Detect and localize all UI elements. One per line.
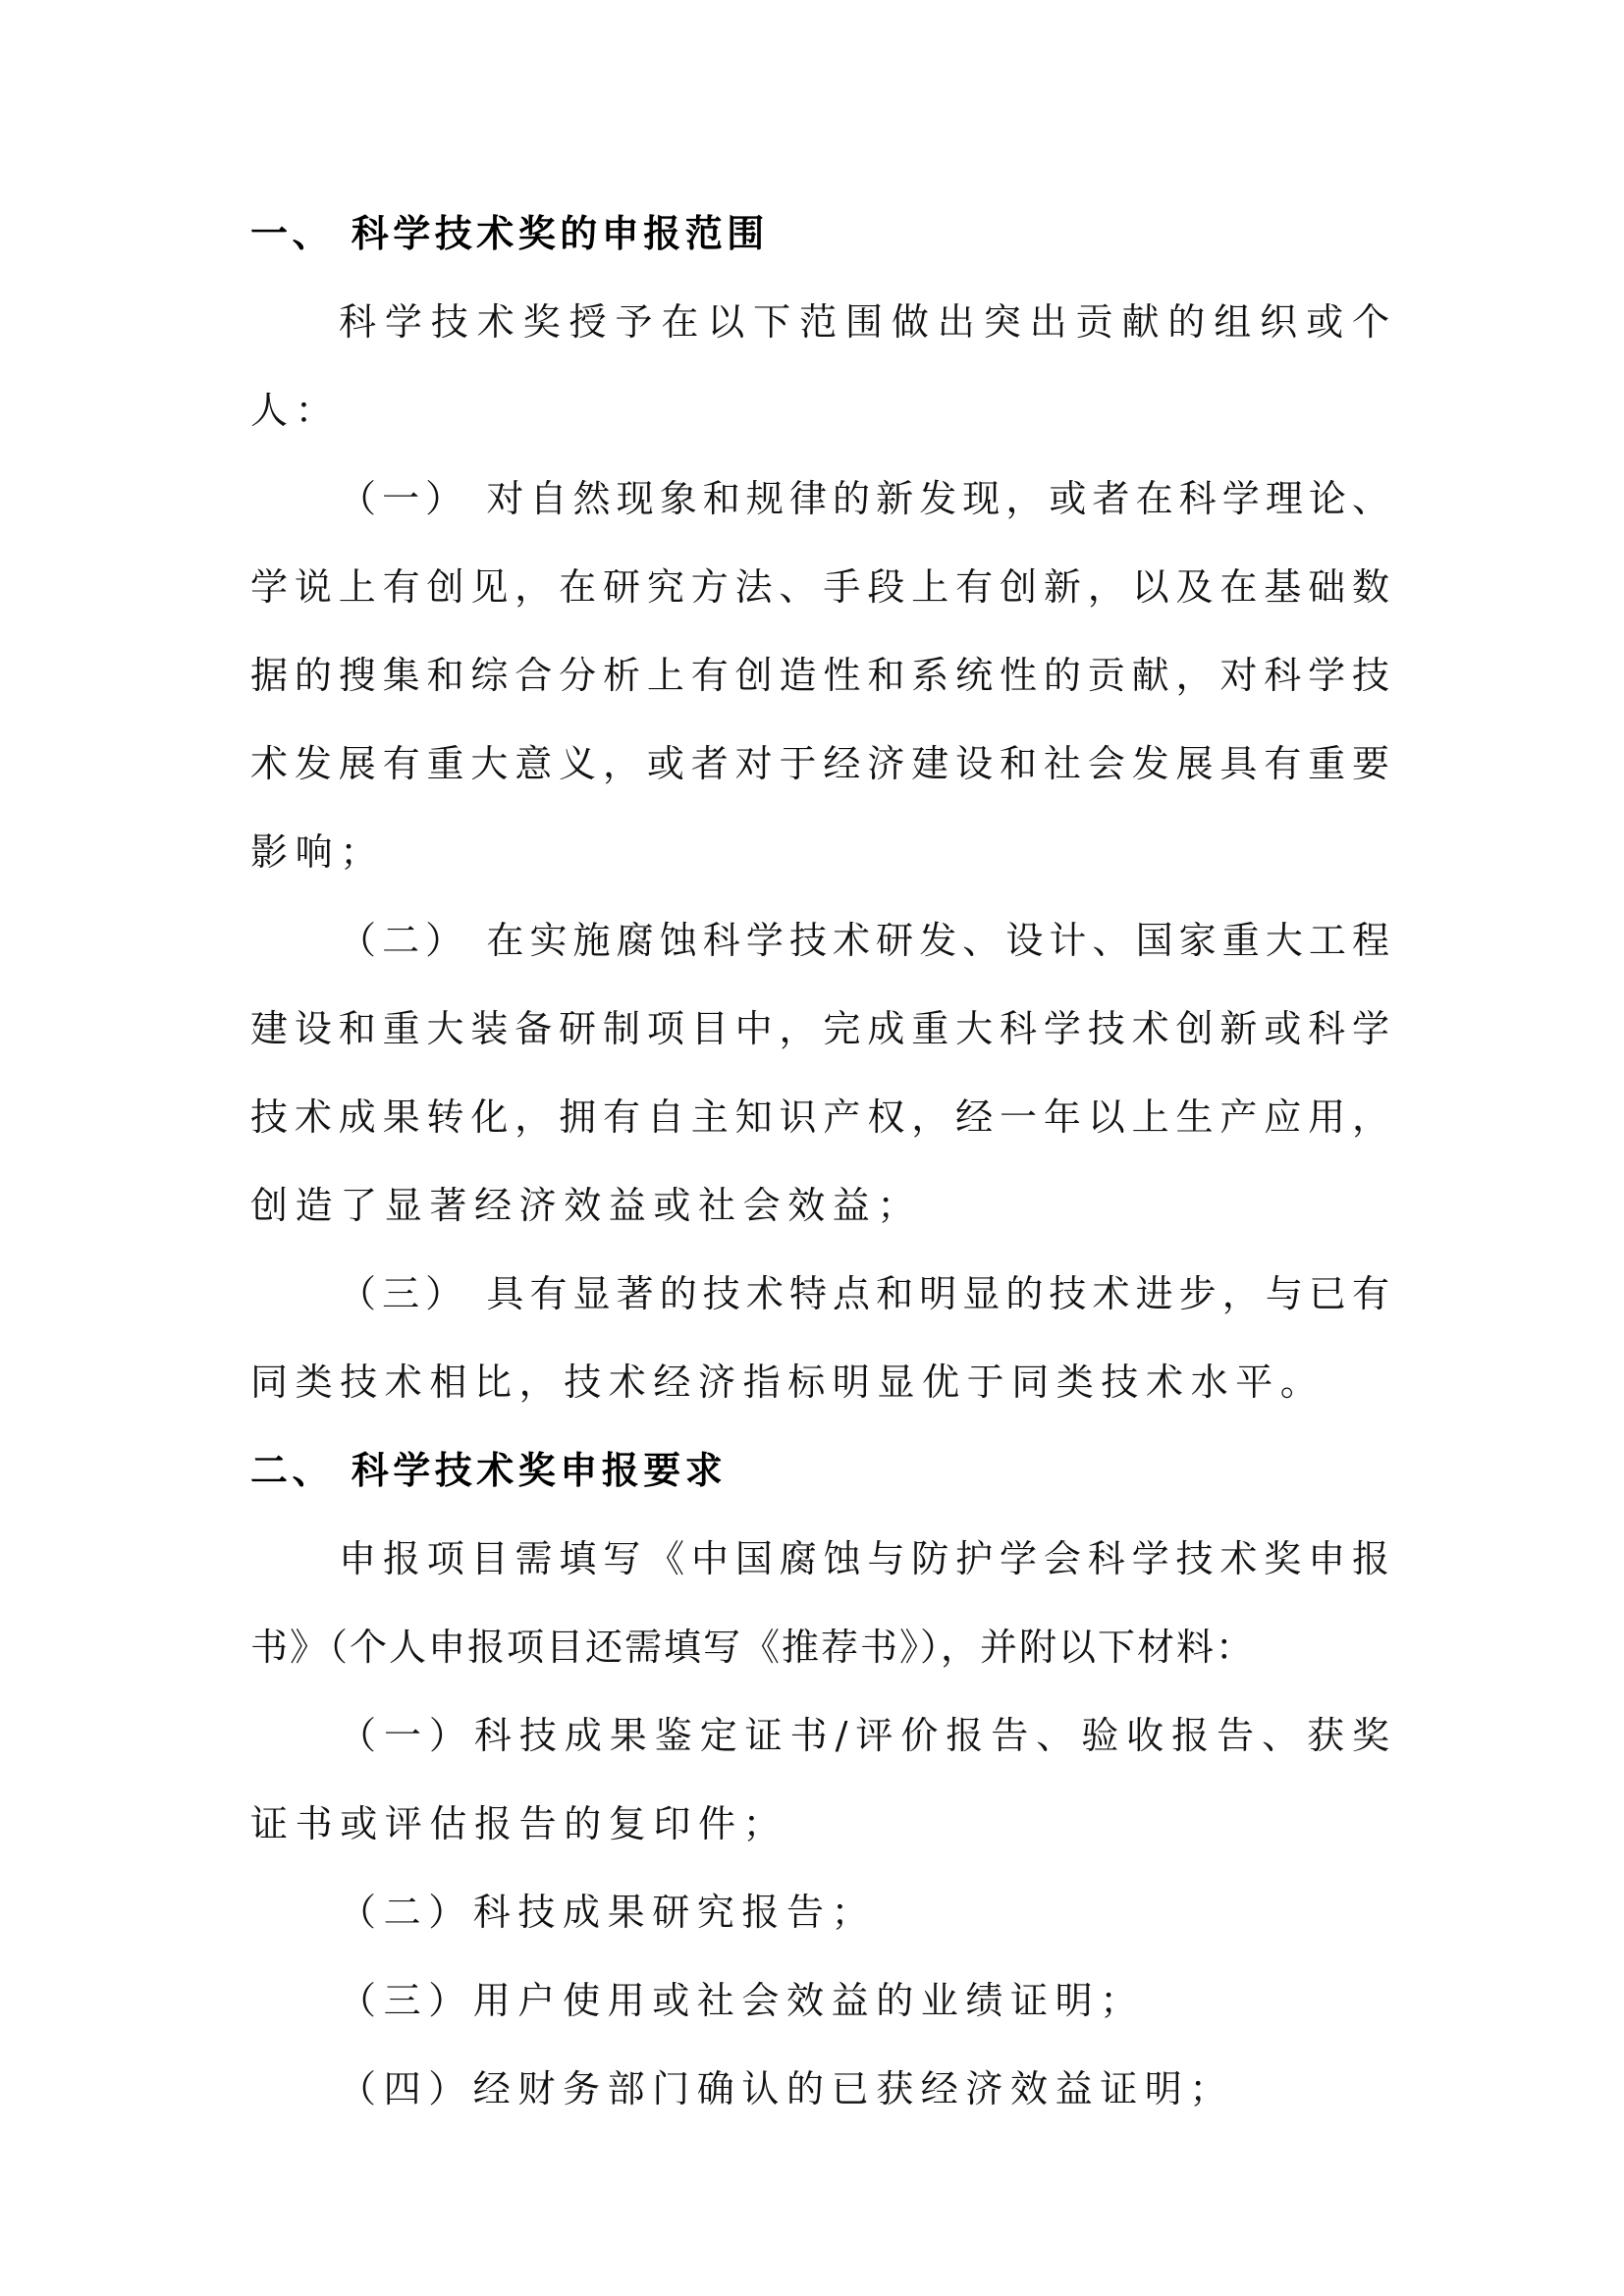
section2-item2-line-1: （二）科技成果研究报告；	[339, 1888, 876, 1937]
section1-item2-line-3: 技术成果转化，拥有自主知识产权，经一年以上生产应用，	[250, 1093, 1389, 1142]
section1-item2-line-4: 创造了显著经济效益或社会效益；	[250, 1181, 922, 1230]
section1-intro-line-2: 人：	[250, 386, 340, 435]
section2-intro-line-2: 书》（个人申报项目还需填写《推荐书》），并附以下材料：	[250, 1623, 1255, 1672]
section-heading-2: 二、 科学技术奖申报要求	[250, 1446, 727, 1495]
section-heading-1: 一、 科学技术奖的申报范围	[250, 209, 769, 258]
section2-item1-line-2: 证书或评估报告的复印件；	[250, 1799, 787, 1848]
section1-item2-line-1: （二） 在实施腐蚀科学技术研发、设计、国家重大工程	[339, 916, 1389, 965]
section2-item1-line-1: （一）科技成果鉴定证书/评价报告、验收报告、获奖	[339, 1711, 1389, 1760]
section1-item1-line-1: （一） 对自然现象和规律的新发现，或者在科学理论、	[339, 474, 1389, 523]
section1-item1-line-2: 学说上有创见，在研究方法、手段上有创新，以及在基础数	[250, 562, 1389, 612]
section1-item3-line-1: （三） 具有显著的技术特点和明显的技术进步，与已有	[339, 1269, 1389, 1318]
section2-item3-line-1: （三）用户使用或社会效益的业绩证明；	[339, 1976, 1145, 2025]
section1-item1-line-3: 据的搜集和综合分析上有创造性和系统性的贡献，对科学技	[250, 651, 1389, 700]
section1-item3-line-2: 同类技术相比，技术经济指标明显优于同类技术水平。	[250, 1358, 1325, 1407]
section2-intro-line-1: 申报项目需填写《中国腐蚀与防护学会科学技术奖申报	[339, 1534, 1389, 1583]
section2-item4-line-1: （四）经财务部门确认的已获经济效益证明；	[339, 2064, 1234, 2113]
document-page: 一、 科学技术奖的申报范围 科学技术奖授予在以下范围做出突出贡献的组织或个 人：…	[0, 0, 1624, 2296]
section1-item2-line-2: 建设和重大装备研制项目中，完成重大科学技术创新或科学	[250, 1004, 1389, 1053]
section1-intro-line-1: 科学技术奖授予在以下范围做出突出贡献的组织或个	[339, 297, 1389, 347]
section1-item1-line-5: 影响；	[250, 828, 385, 877]
section1-item1-line-4: 术发展有重大意义，或者对于经济建设和社会发展具有重要	[250, 739, 1389, 788]
